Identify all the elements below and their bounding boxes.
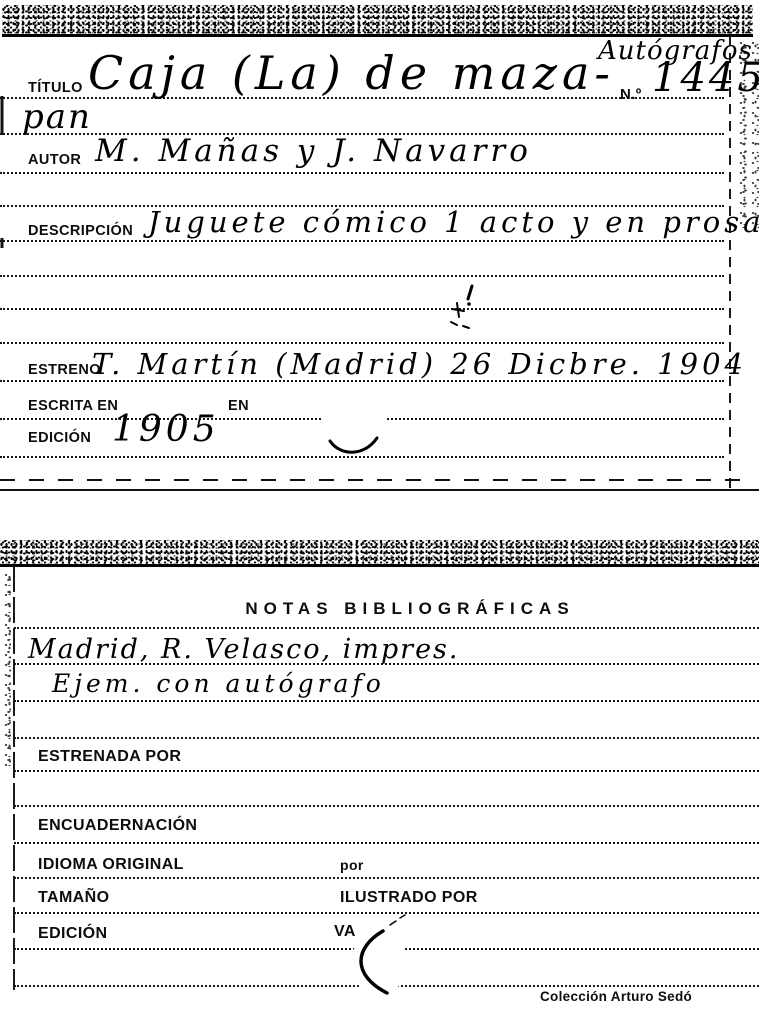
notes-line1-handwriting: Madrid, R. Velasco, impres. [28,636,460,663]
hole-punch-front [322,386,386,444]
ruled-line [14,770,759,772]
estreno-value-handwriting: T. Martín (Madrid) 26 Dicbre. 1904 [92,350,747,379]
ilustrado-por-label: ILUSTRADO POR [340,889,478,907]
numero-label: N.º [620,86,642,103]
ruled-line [14,627,759,629]
titulo-label: TÍTULO [28,80,83,96]
autor-value-handwriting: M. Mañas y J. Navarro [95,136,532,167]
ruled-line [14,700,759,702]
ruled-line-dashed [0,479,740,481]
estreno-label: ESTRENO [28,362,101,378]
ruled-line [0,456,724,458]
collection-credit: Colección Arturo Sedó [540,989,692,1004]
ruled-line [14,912,759,914]
torn-edge-top [2,5,753,37]
torn-edge-middle [0,540,759,567]
ruled-line [0,240,724,242]
en-label: EN [228,398,249,414]
ruled-line [0,172,724,174]
ruled-line [14,737,759,739]
descripcion-value-handwriting: Juguete cómico 1 acto y en prosa [148,208,759,237]
numero-value-handwriting: 1445 [652,58,759,98]
descripcion-label: DESCRIPCIÓN [28,223,133,239]
catalog-card-scan: TÍTULO N.º AUTOR DESCRIPCIÓN ESTRENO ESC… [0,0,759,1028]
ruled-line [14,805,759,807]
edicion-front-label: EDICIÓN [28,430,91,446]
edicion-back-partial-value: VA [334,923,356,941]
card-back-left-border [13,566,15,990]
ruled-line [14,877,759,879]
ruled-line [0,342,724,344]
notas-bibliograficas-header: NOTAS BIBLIOGRÁFICAS [55,599,759,619]
idioma-original-label: IDIOMA ORIGINAL [38,856,184,874]
titulo-continuation-handwriting: pan [22,100,92,134]
edicion-value-handwriting: 1905 [112,412,220,448]
hole-punch-back [350,934,408,994]
tamano-label: TAMAÑO [38,889,109,907]
titulo-value-handwriting: Caja (La) de maza- [88,50,615,96]
card-front-right-border [729,36,731,488]
notes-line2-handwriting: Ejem. con autógrafo [52,671,385,696]
encuadernacion-label: ENCUADERNACIÓN [38,817,197,835]
autor-label: AUTOR [28,152,81,168]
estrenada-por-label: ESTRENADA POR [38,748,181,766]
ruled-line [0,275,724,277]
por-label: por [340,857,364,873]
ruled-line [14,842,759,844]
edicion-back-label: EDICIÓN [38,925,107,943]
card-front-bottom-edge [0,489,759,491]
ruled-line [0,308,724,310]
escrita-en-label: ESCRITA EN [28,398,118,414]
torn-edge-left [0,570,11,770]
